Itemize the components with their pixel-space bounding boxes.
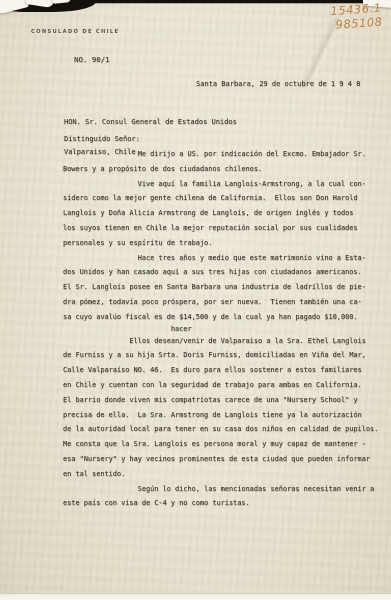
paper-bottom-edge — [0, 593, 391, 600]
document-number: NO. 90/1 — [74, 55, 110, 64]
letter-body: Me dirijo a US. por indicación del Excmo… — [63, 147, 383, 511]
typed-line: El Sr. Langlois posee en Santa Barbara u… — [63, 280, 383, 295]
salutation: Distinguido Señor: — [64, 135, 140, 143]
recipient-line-1: HON. Sr. Consul General de Estados Unido… — [64, 117, 237, 127]
typed-line: Vive aquí la familia Langlois-Armstrong,… — [63, 177, 383, 192]
typed-line: de Furniss y a su hija Srta. Doris Furni… — [63, 348, 383, 363]
typed-line: dos Unidos y han casado aquí a sus tres … — [63, 265, 383, 280]
scanned-letter: 15436.1 985108 CONSULADO DE CHILE NO. 90… — [0, 0, 391, 600]
typed-line: los suyos tienen en Chile la mejor reput… — [63, 221, 383, 236]
letterhead: CONSULADO DE CHILE — [31, 29, 119, 35]
typed-line: sa cuyo avalúo fiscal es de $14,500 y de… — [63, 310, 383, 325]
typed-line: sidero como la mejor gente chilena de Ca… — [63, 191, 383, 206]
typed-line: El barrio donde viven mis compatriotas c… — [63, 393, 383, 408]
typed-insertion-word: hacer — [63, 325, 383, 334]
typed-line: Me dirijo a US. por indicación del Excmo… — [63, 147, 383, 162]
typed-line: de la autoridad local para tener en su c… — [63, 422, 383, 437]
typed-line: en tal sentido. — [63, 467, 383, 482]
typed-line: Ellos desean/venir de Valparaiso a la Sr… — [63, 334, 383, 349]
typed-line: esa "Nursery" y hay vecinos prominentes … — [63, 452, 383, 467]
typed-line: Langlois y Doña Alicia Armstrong de Lang… — [63, 206, 383, 221]
handwritten-archive-numbers: 15436.1 985108 — [311, 1, 383, 34]
typed-line: Hace tres años y medio que este matrimon… — [63, 251, 383, 266]
typed-line: este país con visa de C-4 y no como turi… — [63, 496, 383, 511]
typed-line: Calle Valparaíso NO. 46. Es duro para el… — [63, 363, 383, 378]
typed-line: Según lo dicho, las mencionadas señoras … — [63, 482, 383, 497]
typed-line: precisa de ella. La Sra. Armstrong de La… — [63, 408, 383, 423]
dateline: Santa Barbara, 29 de octubre de 1 9 4 8 — [196, 80, 360, 88]
typed-line: Bowers y a propósito de dos ciudadanos c… — [63, 162, 383, 177]
typed-line: personales y su espíritu de trabajo. — [63, 236, 383, 251]
typed-line: en Chile y cuentan con la seguridad de t… — [63, 378, 383, 393]
typed-line: Me consta que la Sra. Langlois es person… — [63, 437, 383, 452]
typed-line: dra pómez, todavía poco próspera, por se… — [63, 295, 383, 310]
